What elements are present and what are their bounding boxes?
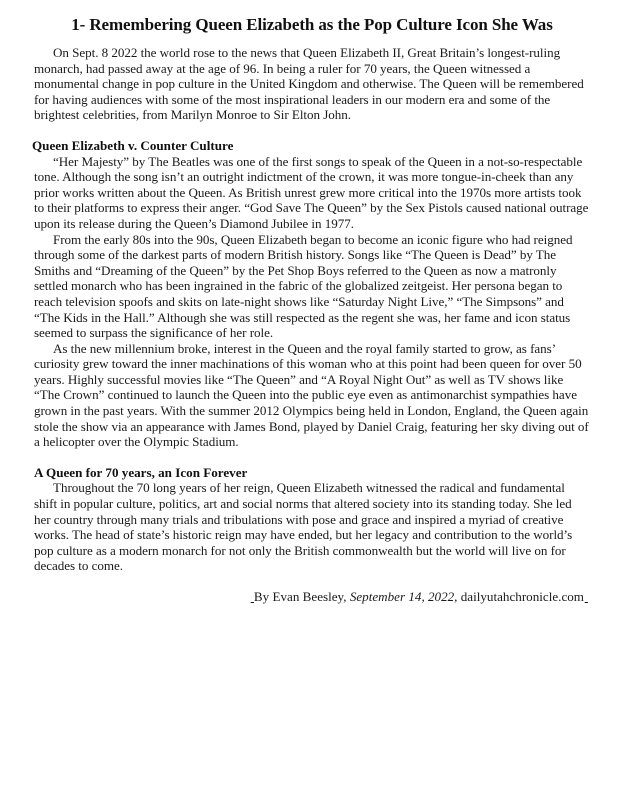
section-icon-forever: A Queen for 70 years, an Icon Forever Th…	[34, 465, 590, 574]
underline-mark	[584, 589, 588, 605]
section-heading: Queen Elizabeth v. Counter Culture	[32, 138, 590, 154]
article-title: 1- Remembering Queen Elizabeth as the Po…	[34, 14, 590, 36]
byline: By Evan Beesley, September 14, 2022, dai…	[34, 589, 590, 605]
section-counter-culture: Queen Elizabeth v. Counter Culture “Her …	[34, 138, 590, 450]
intro-paragraph: On Sept. 8 2022 the world rose to the ne…	[34, 45, 590, 123]
body-paragraph: Throughout the 70 long years of her reig…	[34, 480, 590, 574]
body-paragraph: As the new millennium broke, interest in…	[34, 341, 590, 450]
body-paragraph: From the early 80s into the 90s, Queen E…	[34, 232, 590, 341]
byline-author: By Evan Beesley,	[254, 589, 347, 604]
section-heading: A Queen for 70 years, an Icon Forever	[34, 465, 590, 481]
byline-date: September 14, 2022,	[350, 589, 458, 604]
byline-source: dailyutahchronicle.com	[461, 589, 584, 604]
article-page: 1- Remembering Queen Elizabeth as the Po…	[34, 14, 590, 605]
body-paragraph: “Her Majesty” by The Beatles was one of …	[34, 154, 590, 232]
